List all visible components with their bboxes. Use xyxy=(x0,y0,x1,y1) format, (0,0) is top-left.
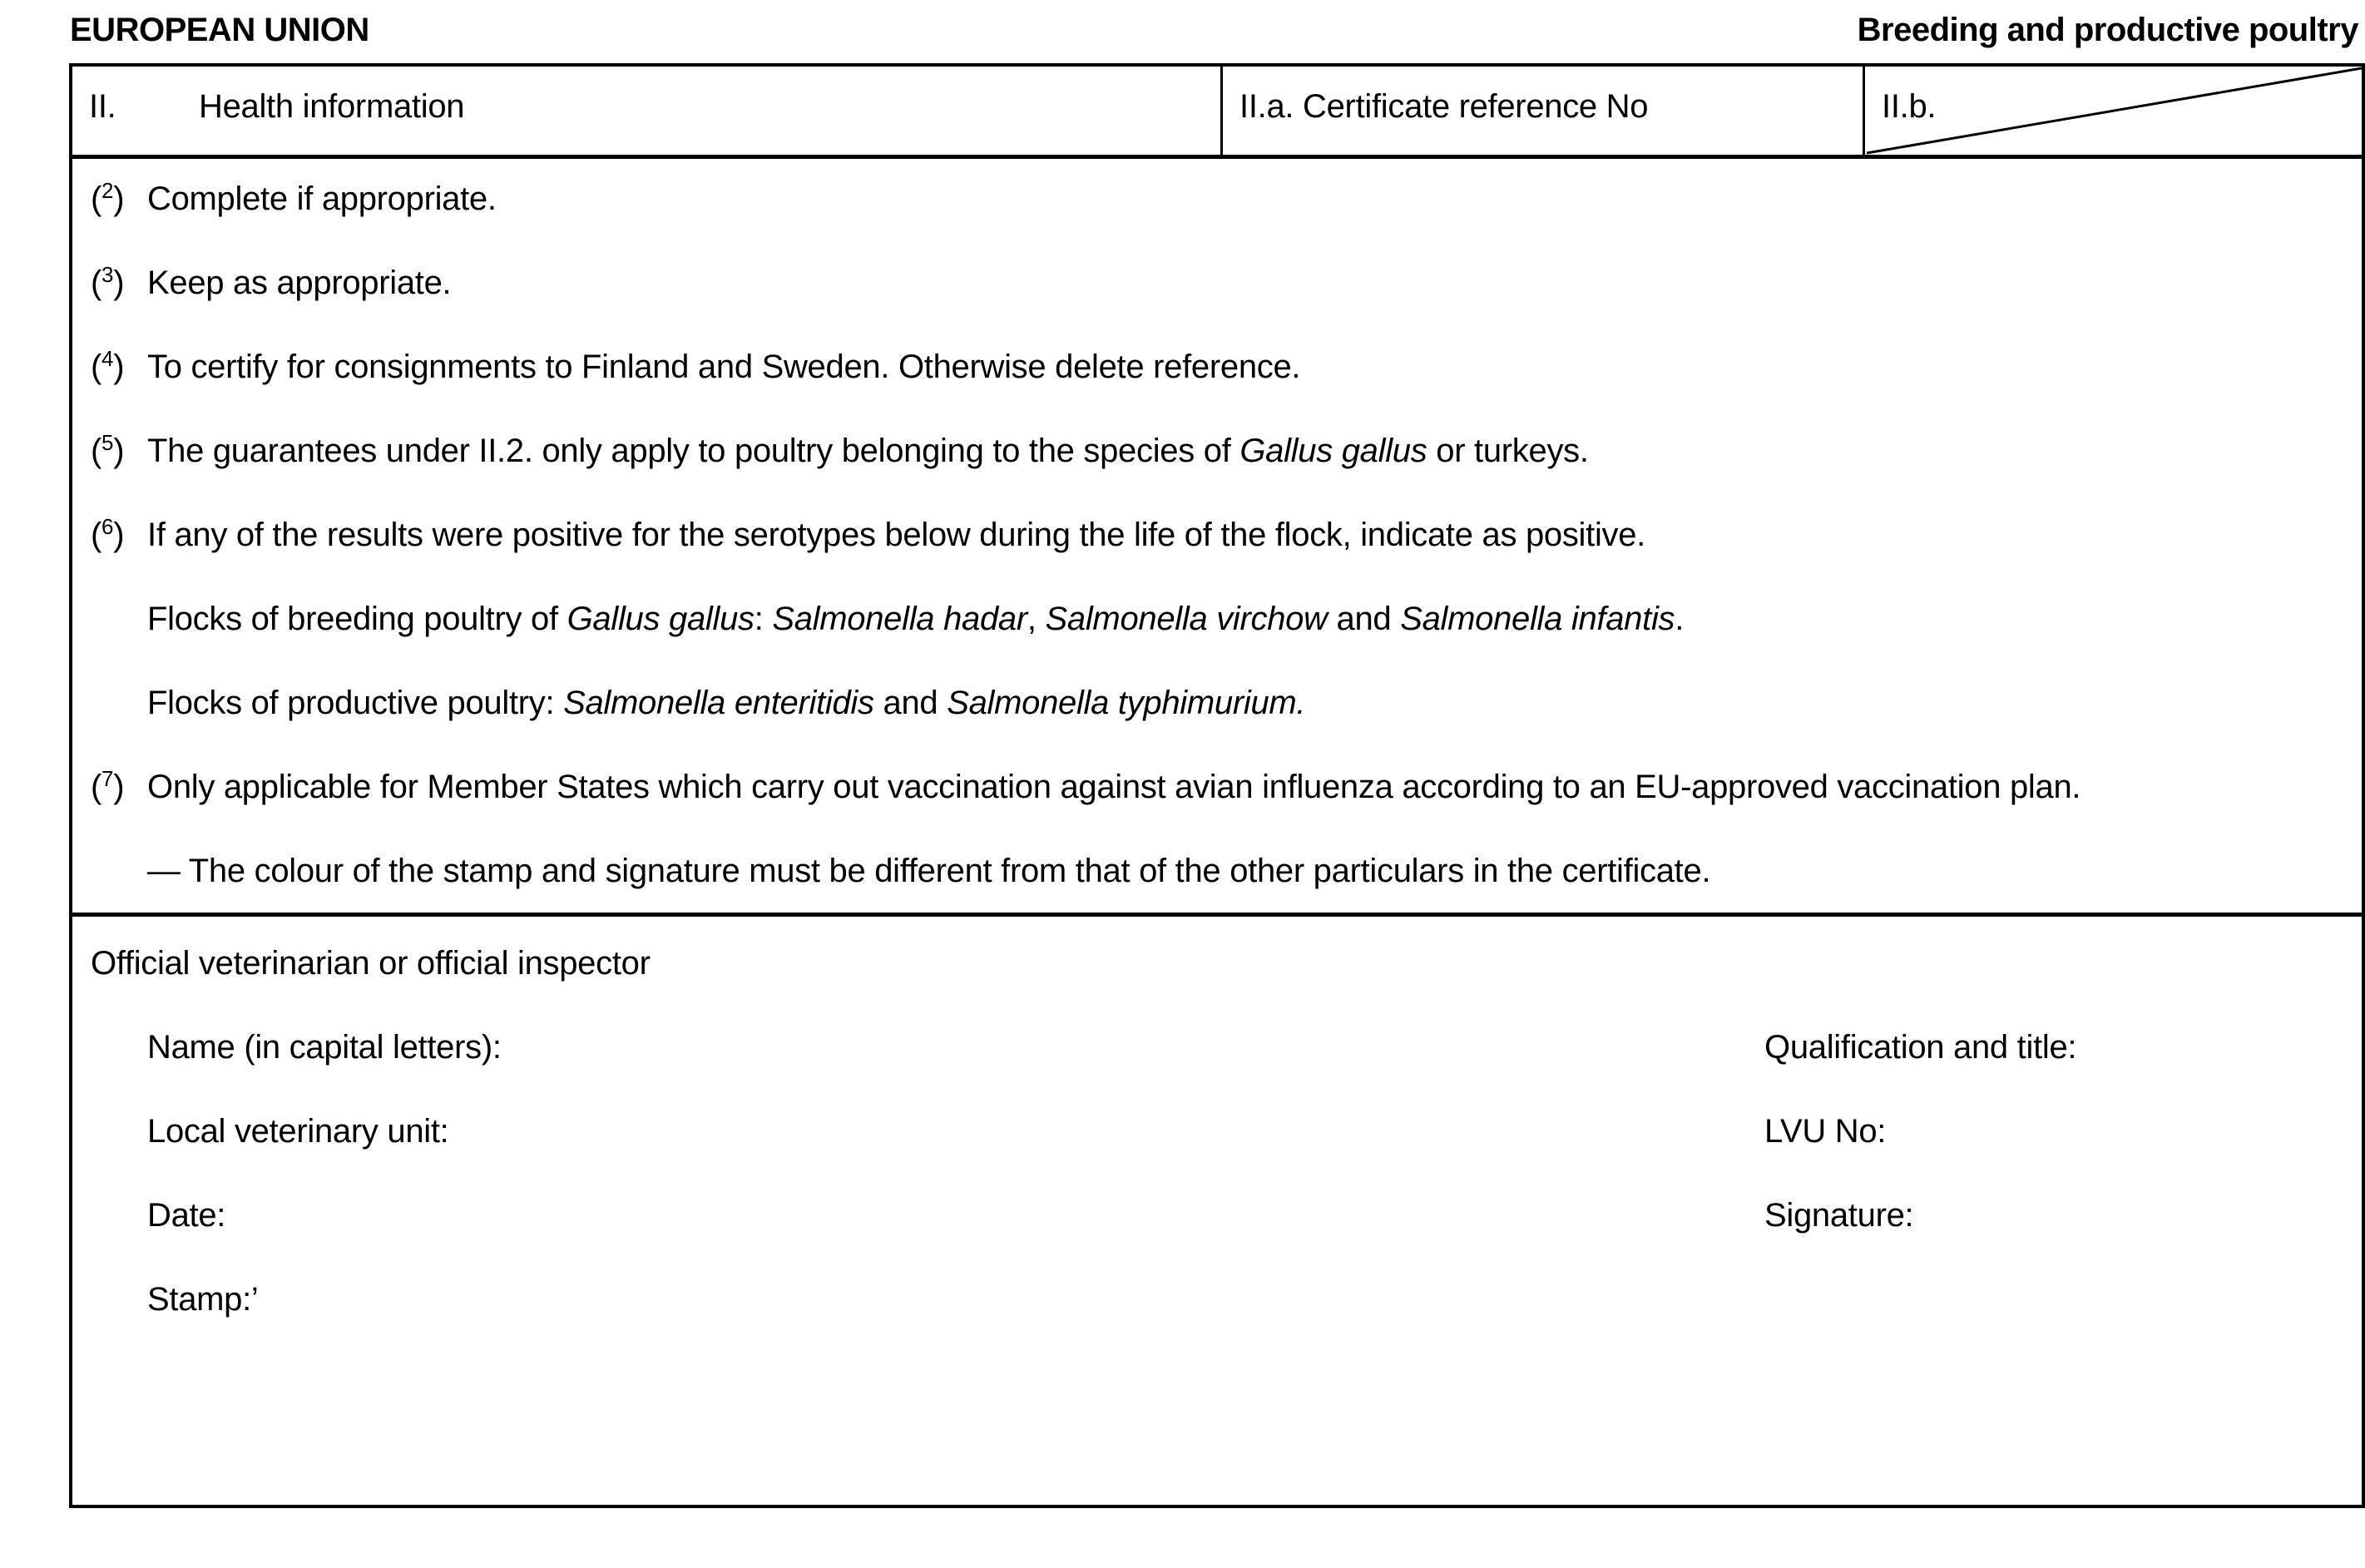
section-number: II. xyxy=(89,88,116,126)
footnote-6-productive-flocks: Flocks of productive poultry: Salmonella… xyxy=(147,685,1305,722)
footnotes-section: (2)Complete if appropriate. (3)Keep as a… xyxy=(72,159,2362,917)
certificate-reference-label: II.a. Certificate reference No xyxy=(1239,88,1648,126)
footnote-3: (3)Keep as appropriate. xyxy=(91,265,451,302)
footnote-4: (4)To certify for consignments to Finlan… xyxy=(91,349,1300,386)
name-field-label: Name (in capital letters): xyxy=(147,1029,502,1066)
footnote-6: (6)If any of the results were positive f… xyxy=(91,517,1645,554)
section-title: Health information xyxy=(199,88,464,126)
stamp-colour-note: — The colour of the stamp and signature … xyxy=(147,853,1710,890)
certificate-reference-b-cell: II.b. xyxy=(1865,67,2362,155)
footnote-6-breeding-flocks: Flocks of breeding poultry of Gallus gal… xyxy=(147,601,1684,638)
signature-section: Official veterinarian or official inspec… xyxy=(72,917,2362,1505)
certificate-table: II. Health information II.a. Certificate… xyxy=(69,63,2365,1508)
stamp-field-label: Stamp:’ xyxy=(147,1281,259,1318)
health-information-cell: II. Health information xyxy=(72,67,1223,155)
table-header-row: II. Health information II.a. Certificate… xyxy=(72,67,2362,159)
diagonal-strike-line xyxy=(1865,67,2362,155)
local-veterinary-unit-label: Local veterinary unit: xyxy=(147,1113,448,1150)
document-header-right: Breeding and productive poultry xyxy=(1858,12,2358,49)
date-field-label: Date: xyxy=(147,1197,225,1234)
footnote-2: (2)Complete if appropriate. xyxy=(91,181,497,218)
signature-field-label: Signature: xyxy=(1764,1197,1913,1234)
document-header-left: EUROPEAN UNION xyxy=(70,12,369,49)
certificate-reference-cell: II.a. Certificate reference No xyxy=(1223,67,1865,155)
lvu-number-label: LVU No: xyxy=(1764,1113,1886,1150)
footnote-5: (5)The guarantees under II.2. only apply… xyxy=(91,433,1589,470)
qualification-field-label: Qualification and title: xyxy=(1764,1029,2076,1066)
official-veterinarian-heading: Official veterinarian or official inspec… xyxy=(91,945,651,982)
footnote-7: (7)Only applicable for Member States whi… xyxy=(91,769,2081,806)
